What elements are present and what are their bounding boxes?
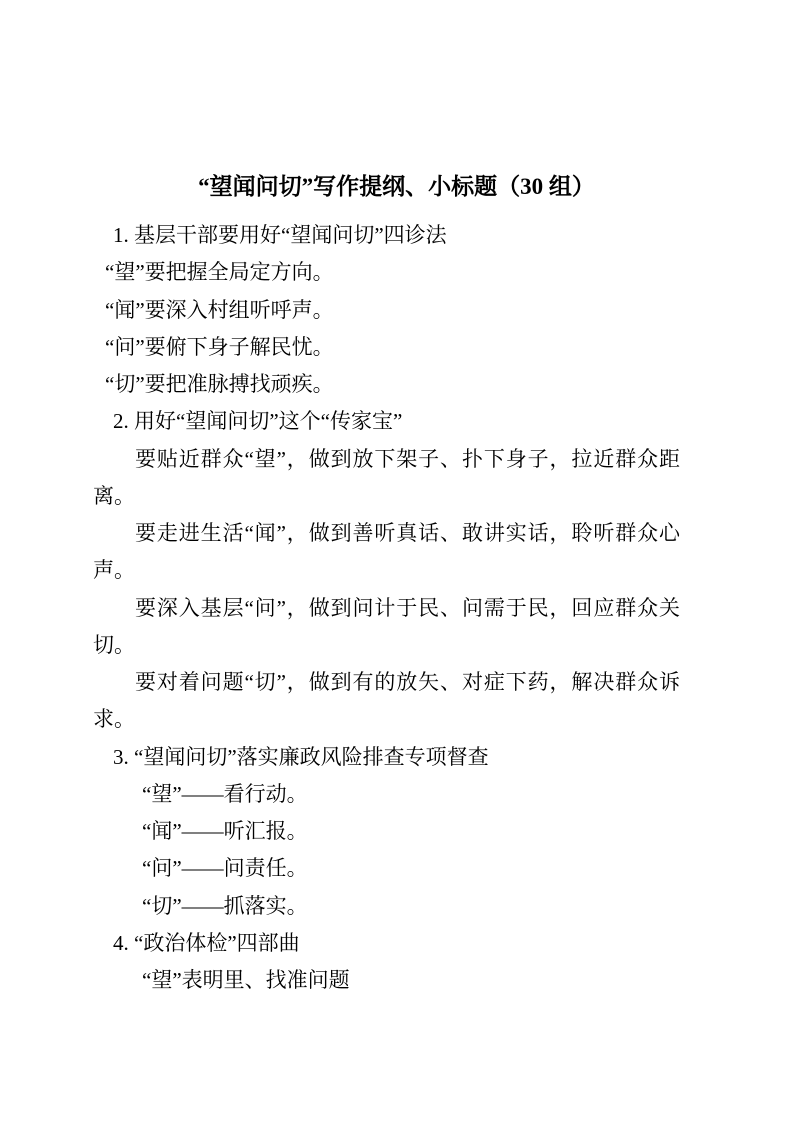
paragraph-5: “切”要把准脉搏找顽疾。 bbox=[93, 366, 680, 403]
paragraph-11: 3. “望闻问切”落实廉政风险排查专项督查 bbox=[93, 739, 680, 776]
paragraph-13: “闻”——听汇报。 bbox=[93, 813, 680, 850]
paragraph-16: 4. “政治体检”四部曲 bbox=[93, 925, 680, 962]
paragraph-12: “望”——看行动。 bbox=[93, 776, 680, 813]
paragraph-4: “问”要俯下身子解民忧。 bbox=[93, 329, 680, 366]
paragraph-7: 要贴近群众“望”，做到放下架子、扑下身子，拉近群众距离。 bbox=[93, 441, 680, 516]
paragraph-2: “望”要把握全局定方向。 bbox=[93, 254, 680, 291]
paragraph-1: 1. 基层干部要用好“望闻问切”四诊法 bbox=[93, 217, 680, 254]
paragraph-9: 要深入基层“问”，做到问计于民、问需于民，回应群众关切。 bbox=[93, 590, 680, 665]
paragraph-8: 要走进生活“闻”，做到善听真话、敢讲实话，聆听群众心声。 bbox=[93, 515, 680, 590]
paragraph-10: 要对着问题“切”，做到有的放矢、对症下药，解决群众诉求。 bbox=[93, 664, 680, 739]
paragraph-14: “问”——问责任。 bbox=[93, 850, 680, 887]
paragraph-6: 2. 用好“望闻问切”这个“传家宝” bbox=[93, 403, 680, 440]
paragraph-15: “切”——抓落实。 bbox=[93, 888, 680, 925]
document-body: 1. 基层干部要用好“望闻问切”四诊法“望”要把握全局定方向。“闻”要深入村组听… bbox=[93, 217, 680, 999]
paragraph-17: “望”表明里、找准问题 bbox=[93, 962, 680, 999]
paragraph-3: “闻”要深入村组听呼声。 bbox=[93, 292, 680, 329]
document-title: “望闻问切”写作提纲、小标题（30 组） bbox=[0, 168, 793, 205]
document-page: “望闻问切”写作提纲、小标题（30 组） 1. 基层干部要用好“望闻问切”四诊法… bbox=[0, 0, 793, 1122]
